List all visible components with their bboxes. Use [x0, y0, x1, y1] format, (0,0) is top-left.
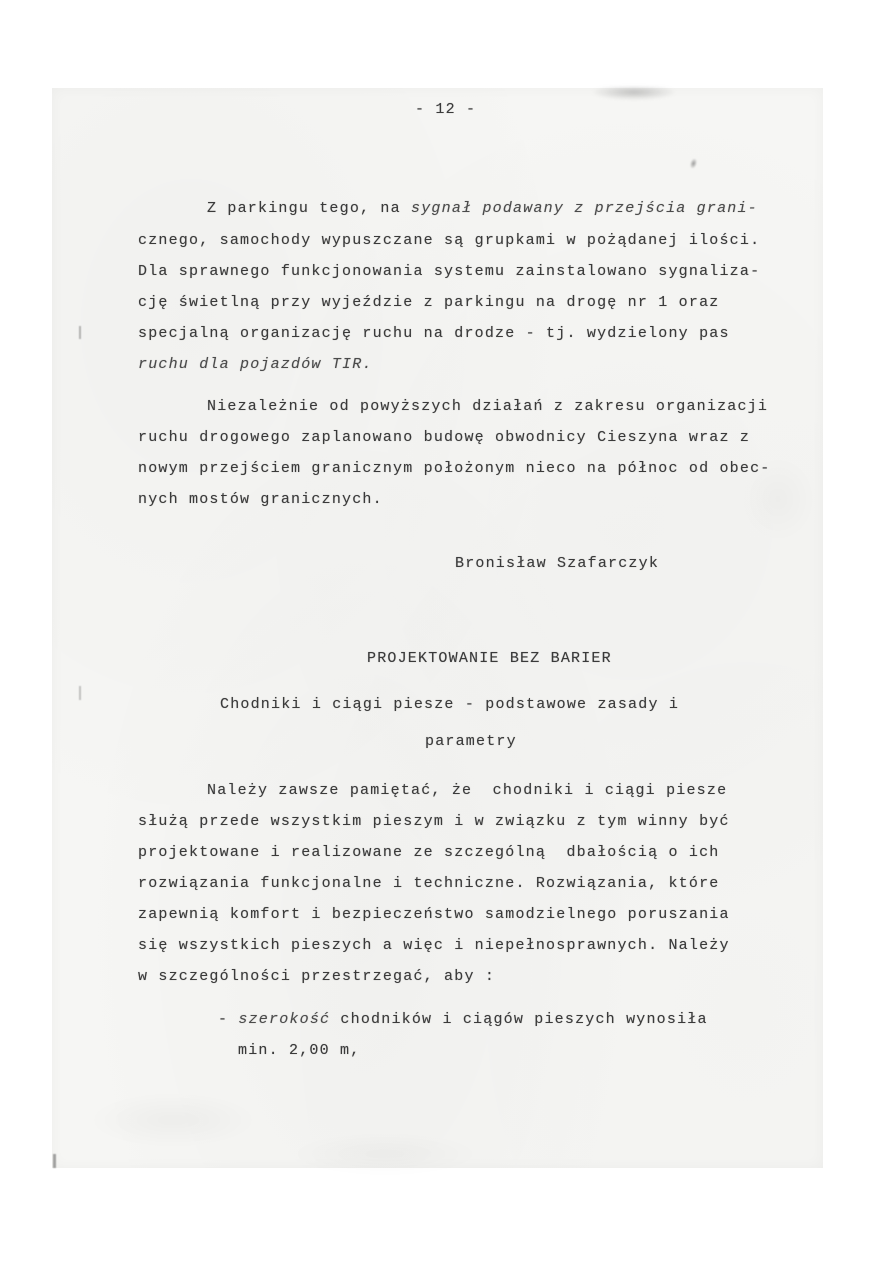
scanned-document-view: - 12 - Z parkingu tego, na sygnał podawa… [0, 0, 893, 1263]
list-item-continued: min. 2,00 m, [238, 1042, 360, 1059]
list-item: - szerokość chodników i ciągów pieszych … [218, 1011, 708, 1028]
paragraph-line: Z parkingu tego, na sygnał podawany z pr… [207, 200, 758, 217]
section-subtitle-continued: parametry [425, 733, 517, 750]
scan-mark-left-lower [79, 686, 81, 700]
paragraph-line: projektowane i realizowane ze szczególną… [138, 844, 719, 861]
paragraph-line: nych mostów granicznych. [138, 491, 383, 508]
text-run-italic: szerokość [238, 1011, 330, 1028]
text-run: Z parkingu tego, na [207, 200, 411, 217]
scan-mark-bottom-left [53, 1154, 56, 1168]
section-title: PROJEKTOWANIE BEZ BARIER [367, 650, 612, 667]
scan-mark-left-upper [79, 326, 81, 339]
list-item-dash: - [218, 1011, 238, 1028]
paragraph-line: się wszystkich pieszych a więc i niepełn… [138, 937, 730, 954]
paragraph-line: zapewnią komfort i bezpieczeństwo samodz… [138, 906, 730, 923]
text-run-italic: sygnał podawany z przejścia grani- [411, 200, 758, 217]
paragraph-line: w szczególności przestrzegać, aby : [138, 968, 495, 985]
paragraph-line: Niezależnie od powyższych działań z zakr… [207, 398, 768, 415]
paragraph-line-italic: ruchu dla pojazdów TIR. [138, 356, 373, 373]
scan-smudge-top [592, 87, 676, 100]
author-signature: Bronisław Szafarczyk [455, 555, 659, 572]
page-number: - 12 - [415, 101, 476, 118]
paragraph-line: służą przede wszystkim pieszym i w związ… [138, 813, 730, 830]
paragraph-line: Należy zawsze pamiętać, że chodniki i ci… [207, 782, 727, 799]
paragraph-line: ruchu drogowego zaplanowano budowę obwod… [138, 429, 750, 446]
scan-stain-bottom-1 [88, 1092, 258, 1148]
document-page: - 12 - Z parkingu tego, na sygnał podawa… [52, 88, 823, 1168]
scan-fleck [688, 157, 698, 170]
paragraph-line: specjalną organizację ruchu na drodze - … [138, 325, 730, 342]
paragraph-line: nowym przejściem granicznym położonym ni… [138, 460, 771, 477]
paragraph-line: rozwiązania funkcjonalne i techniczne. R… [138, 875, 719, 892]
paragraph-line: cję świetlną przy wyjeździe z parkingu n… [138, 294, 719, 311]
scan-stain-bottom-2 [290, 1132, 480, 1176]
text-run: chodników i ciągów pieszych wynosiła [330, 1011, 707, 1028]
paragraph-line: Dla sprawnego funkcjonowania systemu zai… [138, 263, 760, 280]
paragraph-line: cznego, samochody wypuszczane są grupkam… [138, 232, 760, 249]
section-subtitle: Chodniki i ciągi piesze - podstawowe zas… [220, 696, 679, 713]
